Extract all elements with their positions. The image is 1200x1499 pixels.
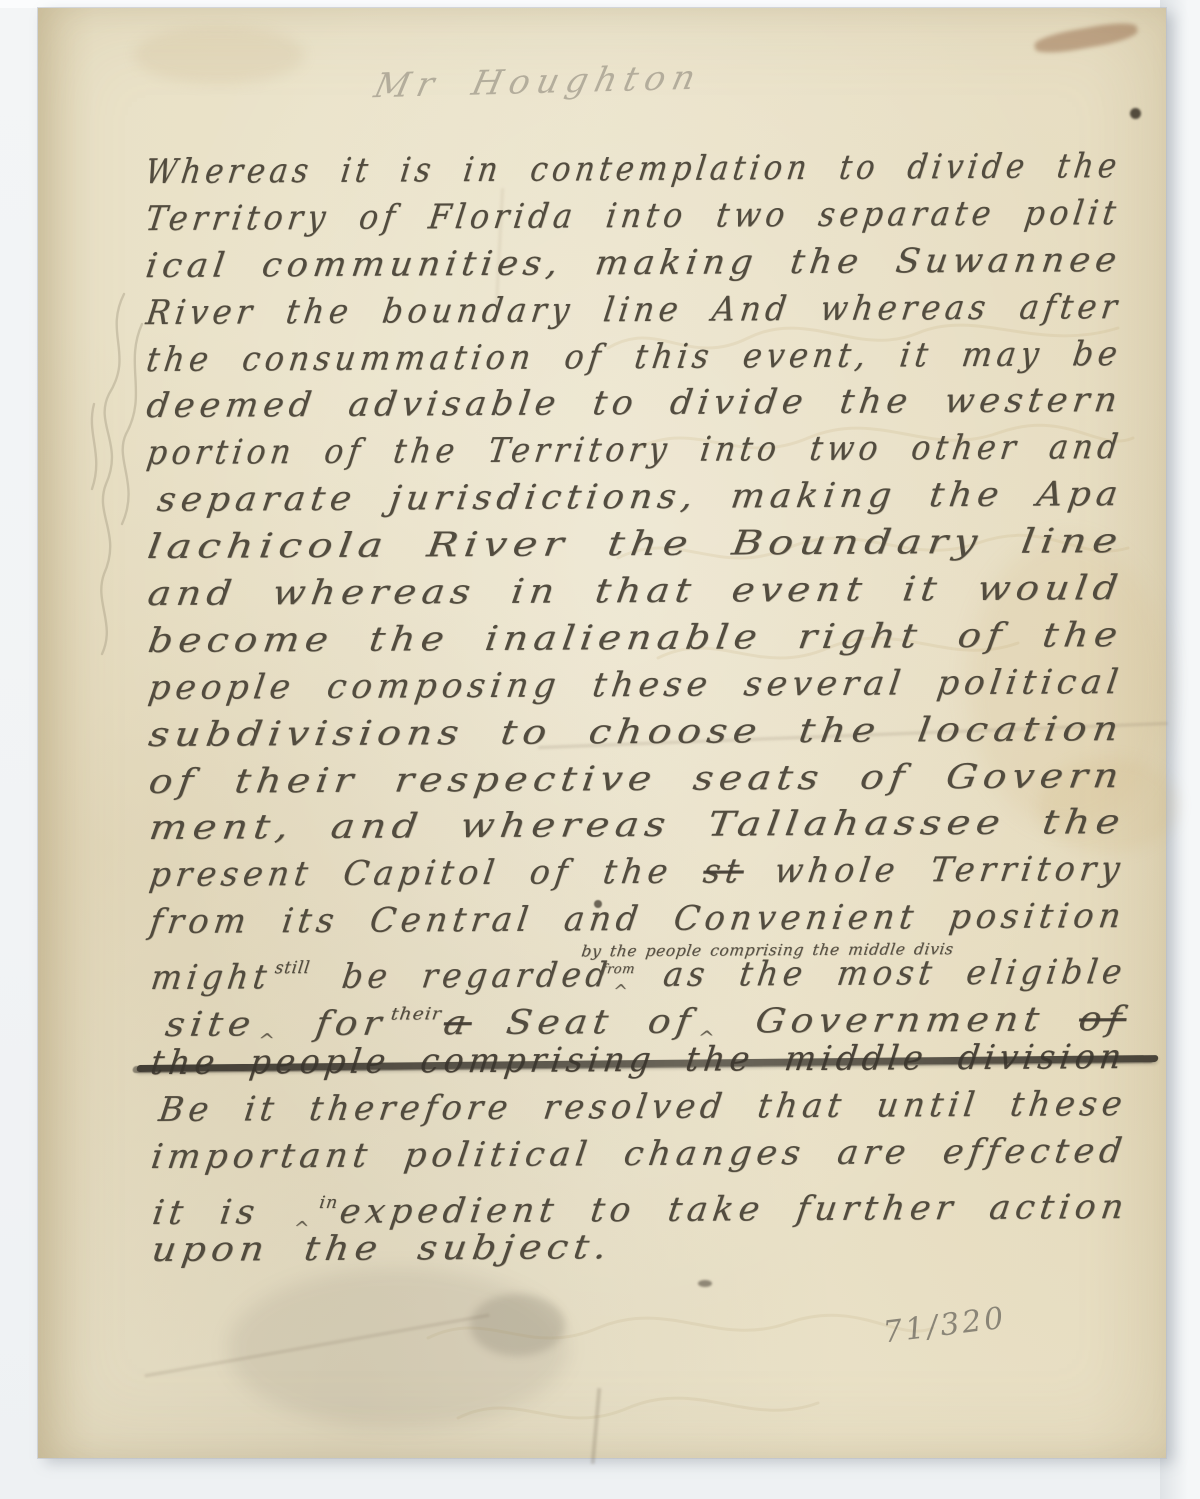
- manuscript-text: Whereas it is in contemplation to divide…: [143, 146, 1124, 192]
- manuscript-lines: Whereas it is in contemplation to divide…: [145, 143, 1152, 1274]
- manuscript-line: portion of the Territory into two other …: [146, 424, 1146, 477]
- manuscript-line-text: the people comprising the middle divisio…: [148, 1034, 1129, 1087]
- manuscript-line-text: upon the subject.: [149, 1225, 615, 1275]
- manuscript-text: the consummation of this event, it may b…: [144, 334, 1124, 380]
- scanner-bed-right: [1160, 0, 1200, 1499]
- manuscript-line: ical communities, making the Suwannee: [145, 237, 1145, 290]
- manuscript-line-text: deemed advisable to divide the western: [144, 378, 1125, 431]
- ink-speck: [698, 1280, 712, 1287]
- interlined-word: still: [274, 958, 312, 978]
- manuscript-line: mightstill be regarded^ as the most elig…: [149, 940, 1149, 993]
- manuscript-line: it is ^inexpedient to take further actio…: [151, 1175, 1151, 1228]
- manuscript-line: deemed advisable to divide the western: [146, 377, 1146, 430]
- manuscript-text: portion of the Territory into two other …: [144, 427, 1124, 473]
- struck-word: st: [701, 852, 747, 892]
- manuscript-line: people composing these several political: [148, 659, 1148, 712]
- manuscript-text: present Capitol of the: [147, 852, 706, 895]
- catalog-number: 71/320: [881, 1301, 1008, 1351]
- manuscript-line: upon the subject.: [151, 1221, 1151, 1274]
- manuscript-text: important political changes are effected: [149, 1131, 1130, 1177]
- paper-smudge: [470, 1294, 565, 1356]
- interlined-word: in: [318, 1192, 339, 1212]
- manuscript-line: present Capitol of the st whole Territor…: [149, 846, 1149, 899]
- scanner-bed-top: [0, 0, 1200, 8]
- manuscript-line: Whereas it is in contemplation to divide…: [145, 143, 1145, 196]
- manuscript-line-text: ical communities, making the Suwannee: [143, 237, 1124, 290]
- manuscript-line: Be it therefore resolved that until thes…: [150, 1081, 1150, 1134]
- interlined-word: their: [390, 1004, 444, 1024]
- manuscript-line-text: ment, and whereas Tallahassee the: [146, 800, 1128, 853]
- manuscript-line-text: River the boundary line And whereas afte…: [143, 284, 1124, 337]
- manuscript-line: the consummation of this event, it may b…: [146, 331, 1146, 384]
- manuscript-line-text: of their respective seats of Govern: [146, 753, 1127, 806]
- manuscript-line-text: portion of the Territory into two other …: [144, 424, 1125, 477]
- manuscript-line-text: become the inalienable right of the: [145, 612, 1126, 665]
- paper-crease: [591, 1388, 602, 1464]
- manuscript-line-text: important political changes are effected: [148, 1128, 1130, 1181]
- manuscript-line-text: Whereas it is in contemplation to divide…: [142, 143, 1124, 196]
- manuscript-text: deemed advisable to divide the western: [144, 381, 1124, 427]
- manuscript-line-text: people composing these several political: [145, 659, 1126, 712]
- manuscript-line: of their respective seats of Govern: [148, 753, 1148, 806]
- manuscript-line: ment, and whereas Tallahassee the: [149, 799, 1149, 852]
- manuscript-line-text: separate jurisdictions, making the Apa: [154, 471, 1125, 524]
- manuscript-text: lachicola River the Boundary line: [145, 521, 1126, 567]
- manuscript-line: the people comprising the middle divisio…: [150, 1034, 1150, 1087]
- document-scan: Mr Houghton Whereas it is in contemplati…: [0, 0, 1200, 1499]
- manuscript-text: whole Territory: [741, 849, 1127, 891]
- manuscript-page: Mr Houghton Whereas it is in contemplati…: [38, 8, 1166, 1458]
- interline-insertion-alt: from: [598, 947, 637, 994]
- manuscript-line: become the inalienable right of the: [147, 612, 1147, 665]
- paper-stain: [1033, 19, 1139, 57]
- manuscript-text: River the boundary line And whereas afte…: [144, 287, 1124, 333]
- paper-crease: [144, 1314, 489, 1378]
- manuscript-line-text: subdivisions to choose the location: [146, 706, 1127, 759]
- manuscript-line: site^ fortheira Seat of^ Government of: [150, 987, 1150, 1040]
- paper-stain: [134, 26, 304, 84]
- manuscript-text: separate jurisdictions, making the Apa: [155, 474, 1125, 520]
- margin-bleedthrough-marks: [64, 284, 154, 664]
- manuscript-line-text: and whereas in that event it would: [145, 565, 1126, 618]
- manuscript-line: subdivisions to choose the location: [148, 706, 1148, 759]
- manuscript-text: subdivisions to choose the location: [146, 709, 1126, 755]
- manuscript-line-text: Be it therefore resolved that until thes…: [156, 1081, 1130, 1134]
- manuscript-text: become the inalienable right of the: [146, 615, 1126, 661]
- manuscript-line: Territory of Florida into two separate p…: [145, 190, 1145, 243]
- manuscript-line-text: the consummation of this event, it may b…: [143, 331, 1124, 384]
- manuscript-text: Territory of Florida into two separate p…: [143, 193, 1123, 239]
- manuscript-line-text: Territory of Florida into two separate p…: [143, 190, 1124, 243]
- bleedthrough-marks: [418, 1298, 938, 1458]
- manuscript-line: lachicola River the Boundary line: [147, 518, 1147, 571]
- pencil-name-annotation: Mr Houghton: [371, 58, 707, 106]
- paper-smudge: [228, 1268, 568, 1428]
- manuscript-text: the people comprising the middle divisio…: [148, 1037, 1128, 1083]
- manuscript-text: ment, and whereas Tallahassee the: [147, 803, 1128, 849]
- manuscript-line: separate jurisdictions, making the Apa: [147, 471, 1147, 524]
- manuscript-text: of their respective seats of Govern: [146, 756, 1126, 802]
- manuscript-text: ical communities, making the Suwannee: [143, 240, 1124, 286]
- ink-speck: [1130, 108, 1141, 119]
- manuscript-line: and whereas in that event it would: [147, 565, 1147, 618]
- manuscript-text: Be it therefore resolved that until thes…: [156, 1084, 1129, 1130]
- manuscript-line: important political changes are effected: [151, 1128, 1151, 1181]
- manuscript-text: people composing these several political: [146, 662, 1126, 708]
- manuscript-line-text: present Capitol of the st whole Territor…: [147, 846, 1128, 899]
- manuscript-line: River the boundary line And whereas afte…: [145, 284, 1145, 337]
- manuscript-line-text: lachicola River the Boundary line: [145, 518, 1127, 571]
- manuscript-text: upon the subject.: [149, 1228, 614, 1271]
- manuscript-text: and whereas in that event it would: [145, 568, 1125, 614]
